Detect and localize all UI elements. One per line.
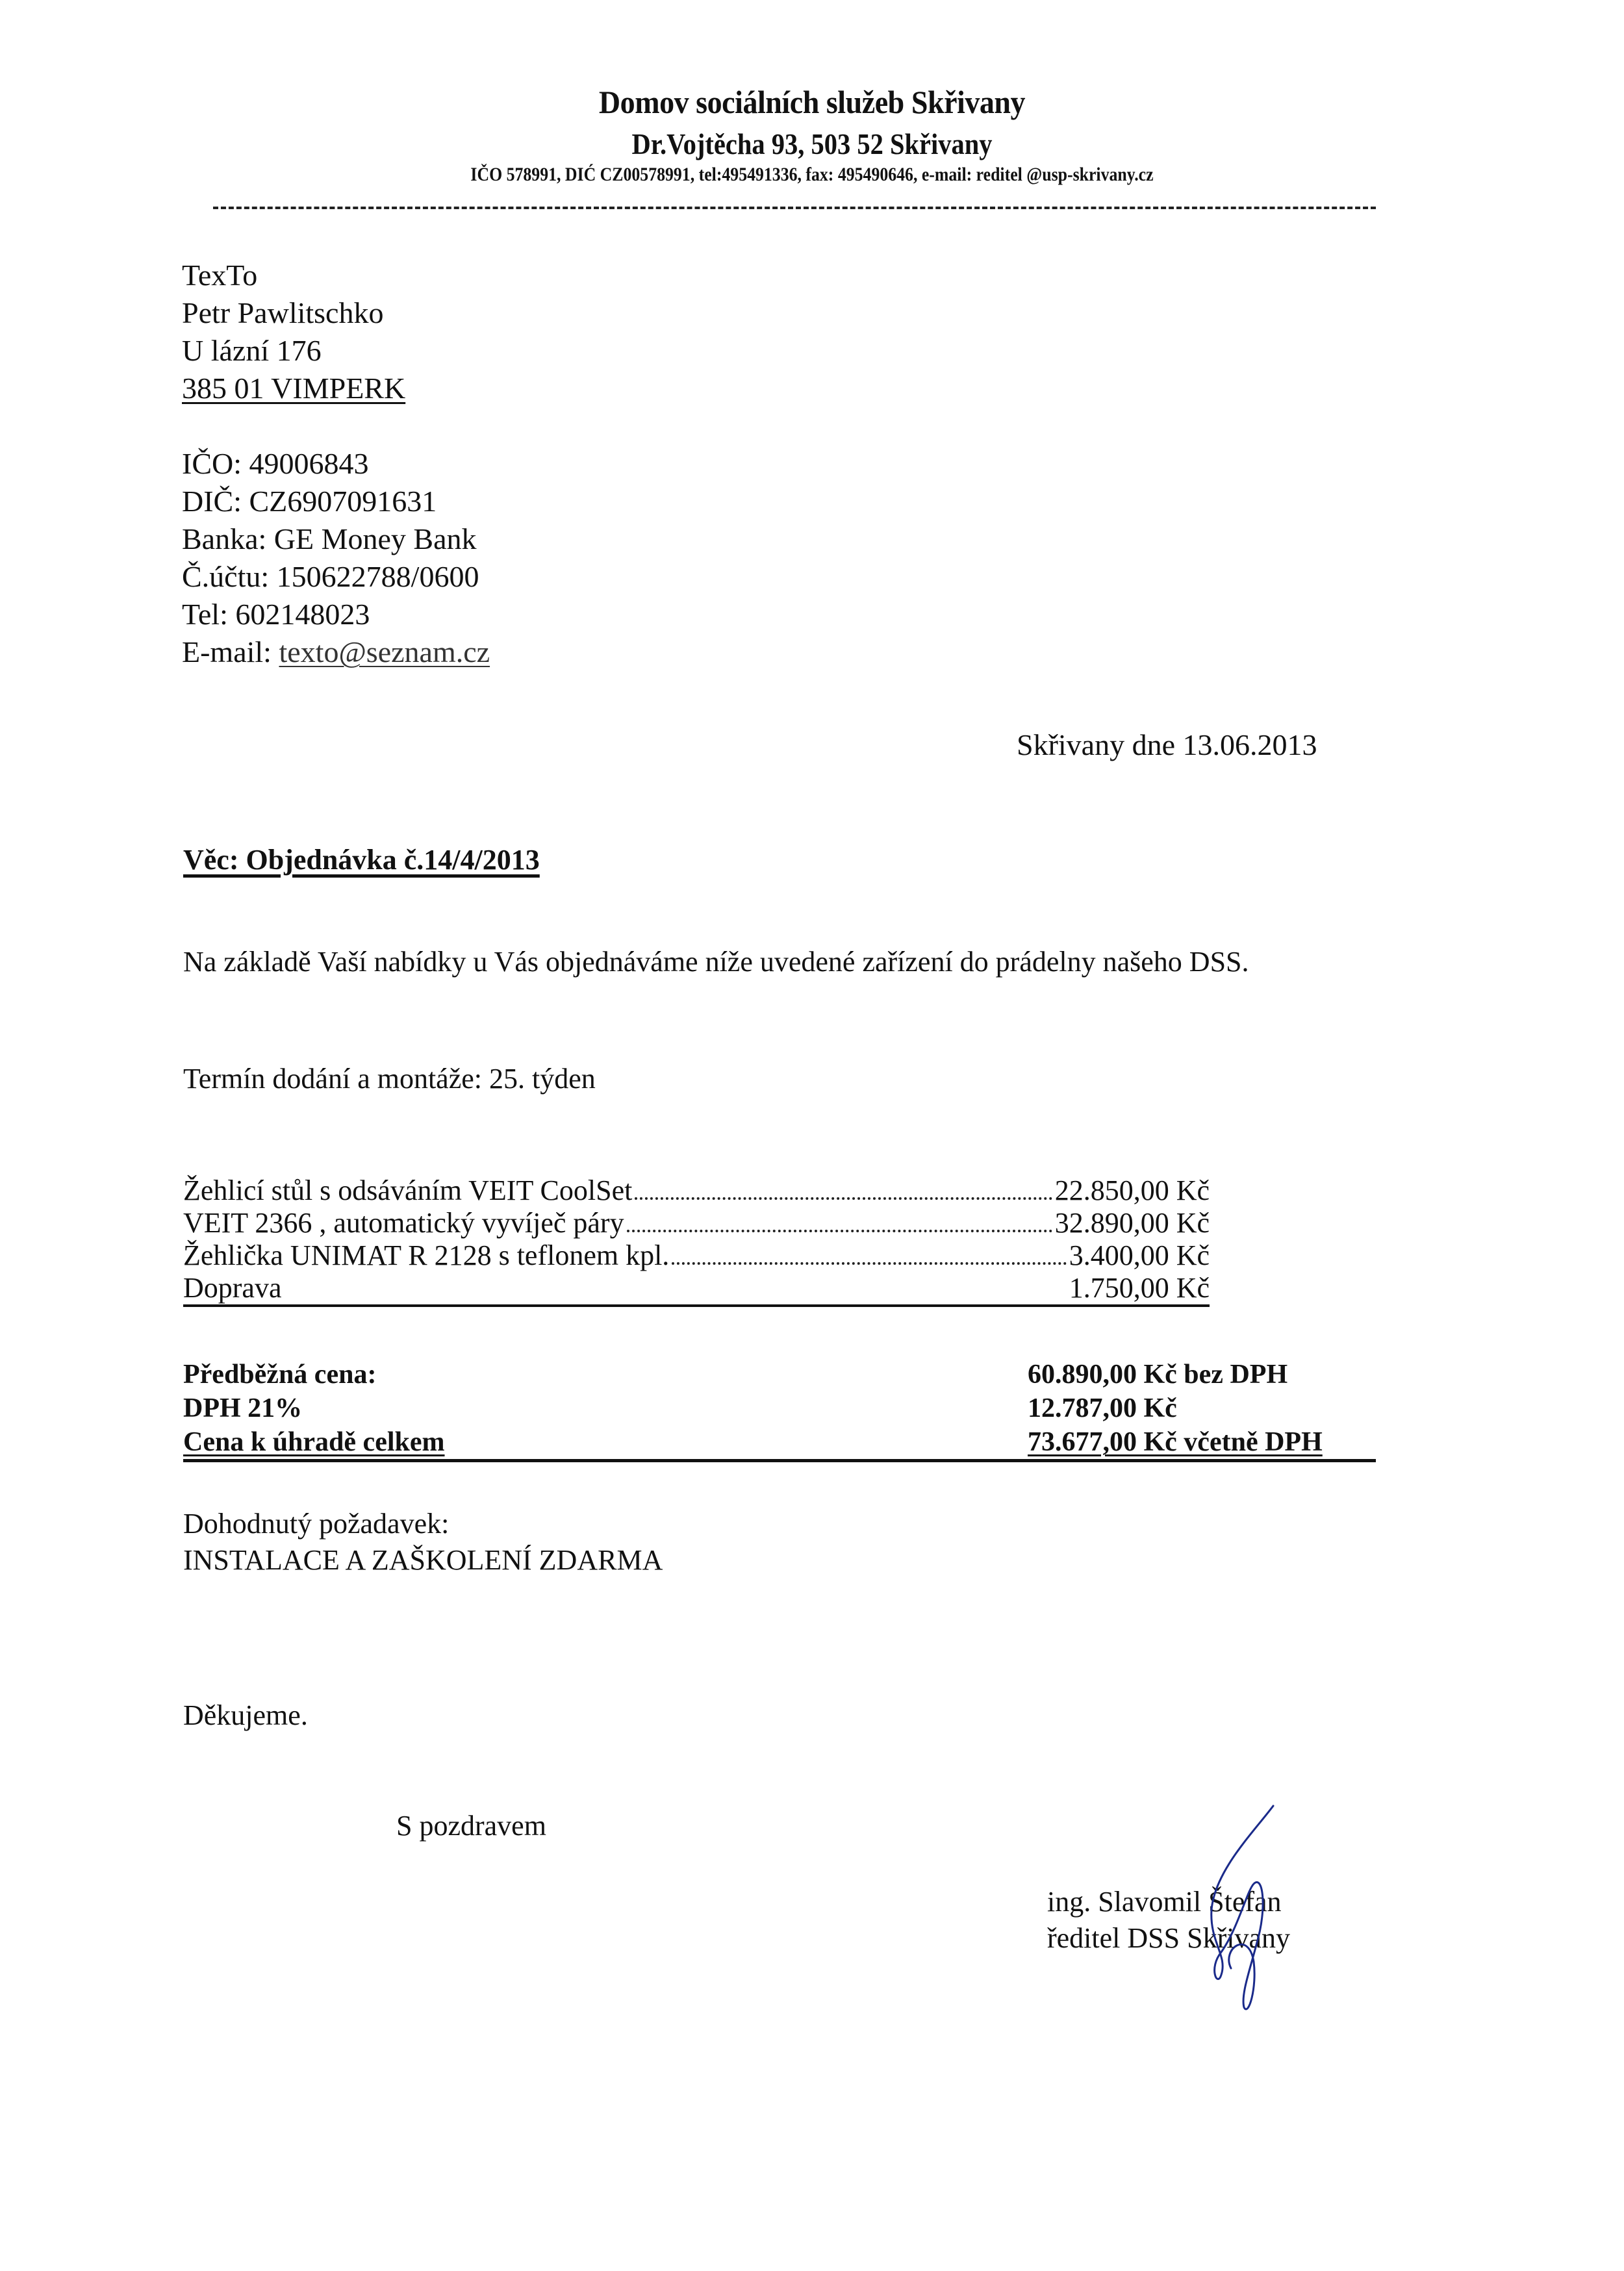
recipient-street: U lázní 176 xyxy=(182,332,405,370)
item-name: Žehlička UNIMAT R 2128 s teflonem kpl. xyxy=(183,1239,669,1272)
item-name: Doprava xyxy=(183,1272,282,1304)
item-price: 22.850,00 Kč xyxy=(1055,1174,1210,1207)
grand-total-value: 73.677,00 Kč včetně DPH xyxy=(1028,1425,1376,1459)
dot-leader xyxy=(672,1262,1066,1265)
preliminary-value: 60.890,00 Kč bez DPH xyxy=(1028,1358,1376,1391)
email-link[interactable]: texto@seznam.cz xyxy=(279,635,490,668)
letterhead-organization: Domov sociálních služeb Skřivany xyxy=(65,83,1559,121)
item-name: VEIT 2366 , automatický vyvíječ páry xyxy=(183,1207,624,1239)
preliminary-label: Předběžná cena: xyxy=(183,1358,1028,1391)
delivery-term: Termín dodání a montáže: 25. týden xyxy=(183,1062,596,1095)
dot-leader xyxy=(635,1197,1052,1200)
agreed-requirement: Dohodnutý požadavek: INSTALACE A ZAŠKOLE… xyxy=(183,1506,663,1579)
item-price: 1.750,00 Kč xyxy=(1069,1272,1210,1304)
recipient-bank: Banka: GE Money Bank xyxy=(182,520,490,558)
total-row-vat: DPH 21% 12.787,00 Kč xyxy=(183,1391,1376,1425)
recipient-city: 385 01 VIMPERK xyxy=(182,370,405,407)
item-price: 32.890,00 Kč xyxy=(1055,1207,1210,1239)
order-item: Doprava 1.750,00 Kč xyxy=(183,1272,1210,1307)
letterhead-identifiers: IČO 578991, DIĆ CZ00578991, tel:49549133… xyxy=(114,164,1510,186)
recipient-account: Č.účtu: 150622788/0600 xyxy=(182,558,490,596)
thanks-line: Děkujeme. xyxy=(183,1699,308,1732)
recipient-dic: DIČ: CZ6907091631 xyxy=(182,483,490,520)
order-item: VEIT 2366 , automatický vyvíječ páry 32.… xyxy=(183,1207,1210,1239)
subject-heading: Věc: Objednávka č.14/4/2013 xyxy=(183,843,540,876)
recipient-ico: IČO: 49006843 xyxy=(182,445,490,483)
letterhead-address: Dr.Vojtěcha 93, 503 52 Skřivany xyxy=(81,127,1543,161)
vat-label: DPH 21% xyxy=(183,1391,1028,1425)
agreed-label: Dohodnutý požadavek: xyxy=(183,1506,663,1542)
recipient-name: Petr Pawlitschko xyxy=(182,294,405,332)
totals-block: Předběžná cena: 60.890,00 Kč bez DPH DPH… xyxy=(183,1358,1376,1462)
order-item: Žehlicí stůl s odsáváním VEIT CoolSet 22… xyxy=(183,1174,1210,1207)
grand-total-label: Cena k úhradě celkem xyxy=(183,1425,1028,1459)
order-item: Žehlička UNIMAT R 2128 s teflonem kpl. 3… xyxy=(183,1239,1210,1272)
item-price: 3.400,00 Kč xyxy=(1069,1239,1210,1272)
recipient-company: TexTo xyxy=(182,257,405,294)
vat-value: 12.787,00 Kč xyxy=(1028,1391,1376,1425)
total-row-grand: Cena k úhradě celkem 73.677,00 Kč včetně… xyxy=(183,1425,1376,1462)
recipient-details: IČO: 49006843 DIČ: CZ6907091631 Banka: G… xyxy=(182,445,490,671)
recipient-address: TexTo Petr Pawlitschko U lázní 176 385 0… xyxy=(182,257,405,407)
dot-leader xyxy=(627,1230,1052,1232)
closing-line: S pozdravem xyxy=(396,1809,546,1842)
agreed-value: INSTALACE A ZAŠKOLENÍ ZDARMA xyxy=(183,1542,663,1579)
email-label: E-mail: xyxy=(182,635,279,668)
total-row-preliminary: Předběžná cena: 60.890,00 Kč bez DPH xyxy=(183,1358,1376,1391)
date-line: Skřivany dne 13.06.2013 xyxy=(1017,728,1317,762)
letterhead-divider xyxy=(213,207,1376,209)
handwritten-signature-icon xyxy=(1176,1799,1306,2014)
intro-paragraph: Na základě Vaší nabídky u Vás objednávám… xyxy=(183,945,1249,978)
item-name: Žehlicí stůl s odsáváním VEIT CoolSet xyxy=(183,1174,632,1207)
recipient-tel: Tel: 602148023 xyxy=(182,596,490,633)
order-items: Žehlicí stůl s odsáváním VEIT CoolSet 22… xyxy=(183,1174,1210,1307)
recipient-email-line: E-mail: texto@seznam.cz xyxy=(182,633,490,671)
